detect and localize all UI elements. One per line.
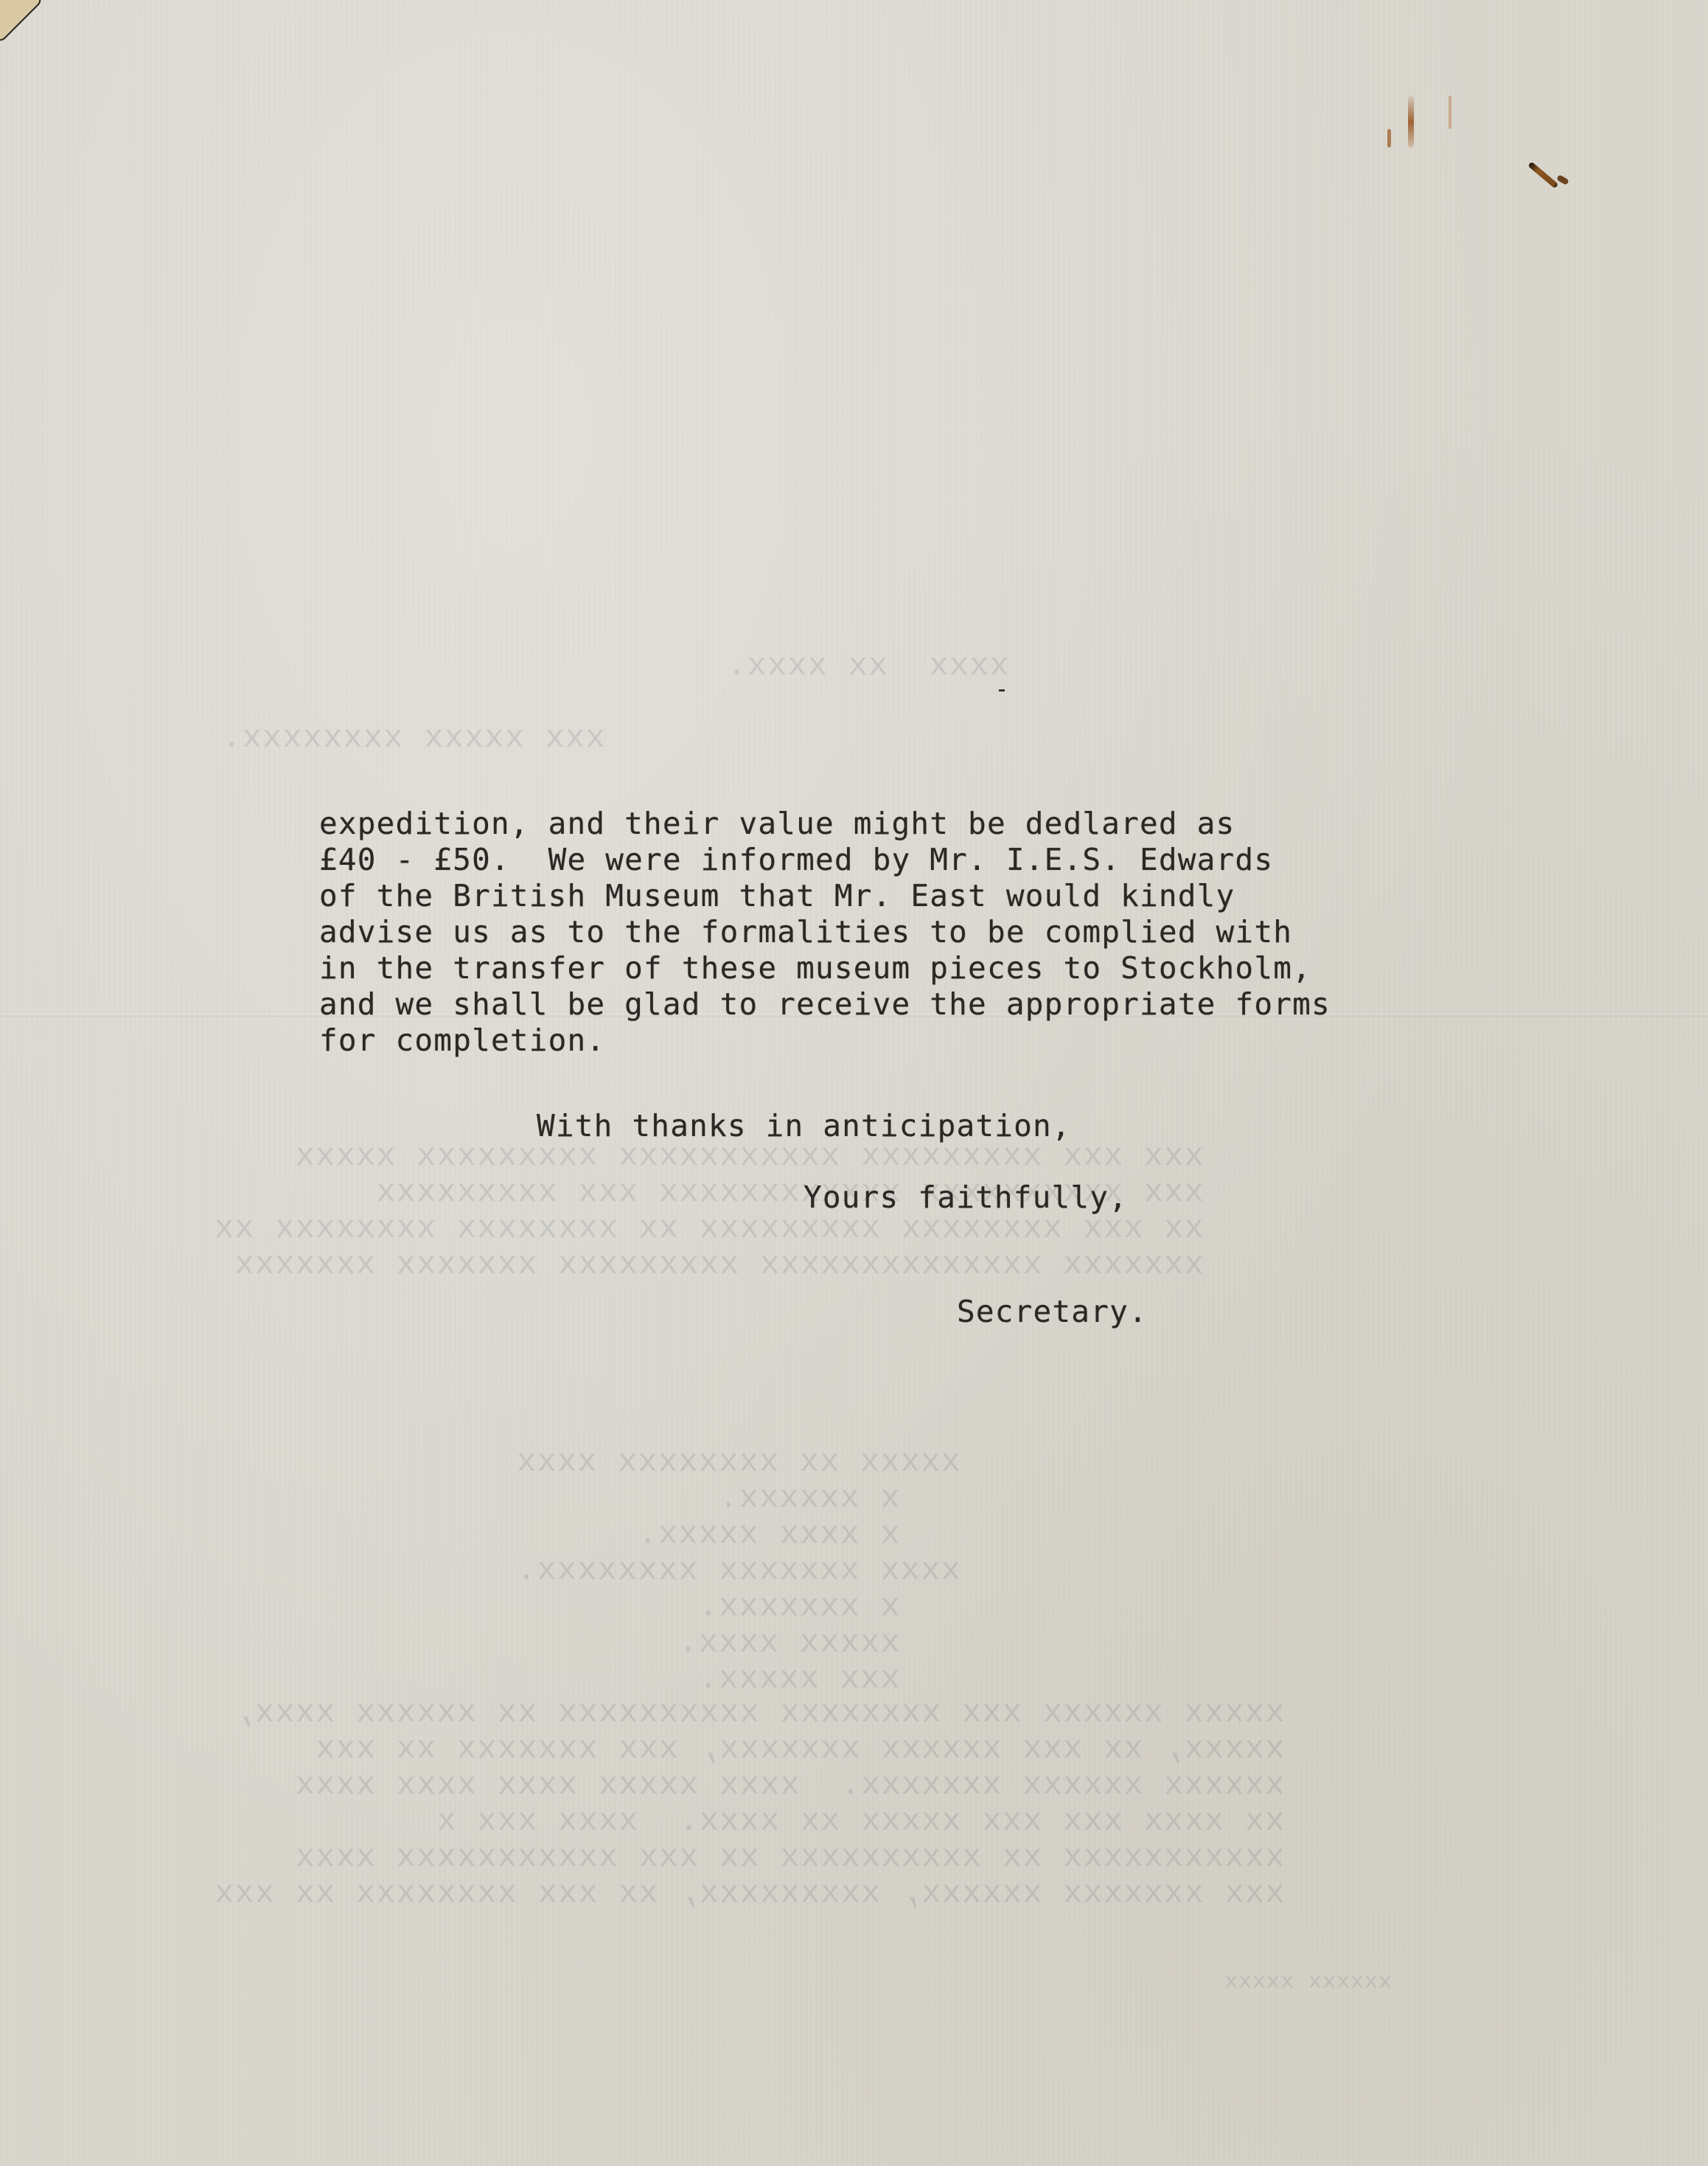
pin-mark xyxy=(1556,175,1569,186)
valediction: Yours faithfully, xyxy=(804,1180,1128,1215)
pin-mark xyxy=(1527,161,1558,189)
rust-stain xyxy=(1408,96,1414,147)
bleed-through-text: xxxx xx xxxx. xxx xxxxx xxxxxxxx. xyxy=(221,649,1009,757)
closing-salutation: With thanks in anticipation, xyxy=(537,1108,1071,1143)
letter-body-paragraph: expedition, and their value might be ded… xyxy=(319,806,1331,1059)
folded-corner xyxy=(0,0,42,42)
paragraph-line: £40 - £50. We were informed by Mr. I.E.S… xyxy=(319,842,1331,878)
rust-stain xyxy=(1387,129,1391,147)
paragraph-line: for completion. xyxy=(319,1023,1331,1059)
signatory-title: Secretary. xyxy=(957,1294,1148,1329)
paragraph-line: and we shall be glad to receive the appr… xyxy=(319,986,1331,1023)
paragraph-line: of the British Museum that Mr. East woul… xyxy=(319,878,1331,914)
bleed-through-text: xxxxx xxxxxx xxx xxxxxxxx xxxxxxxxxx xx … xyxy=(214,1696,1284,1912)
paragraph-line: advise us as to the formalities to be co… xyxy=(319,914,1331,950)
bleed-through-text: xxxxx xx xxxxxxxx xxxx x xxxxxx. x xxxx … xyxy=(516,1445,961,1698)
bleed-through-text: xxxxxx xxxxx xyxy=(1224,1965,1392,2001)
letter-page: xxxx xx xxxx. xxx xxxxx xxxxxxxx. xxx xx… xyxy=(0,0,1708,2166)
stray-mark xyxy=(999,689,1005,692)
rust-stain xyxy=(1449,96,1451,129)
paragraph-line: expedition, and their value might be ded… xyxy=(319,806,1331,842)
paragraph-line: in the transfer of these museum pieces t… xyxy=(319,950,1331,986)
